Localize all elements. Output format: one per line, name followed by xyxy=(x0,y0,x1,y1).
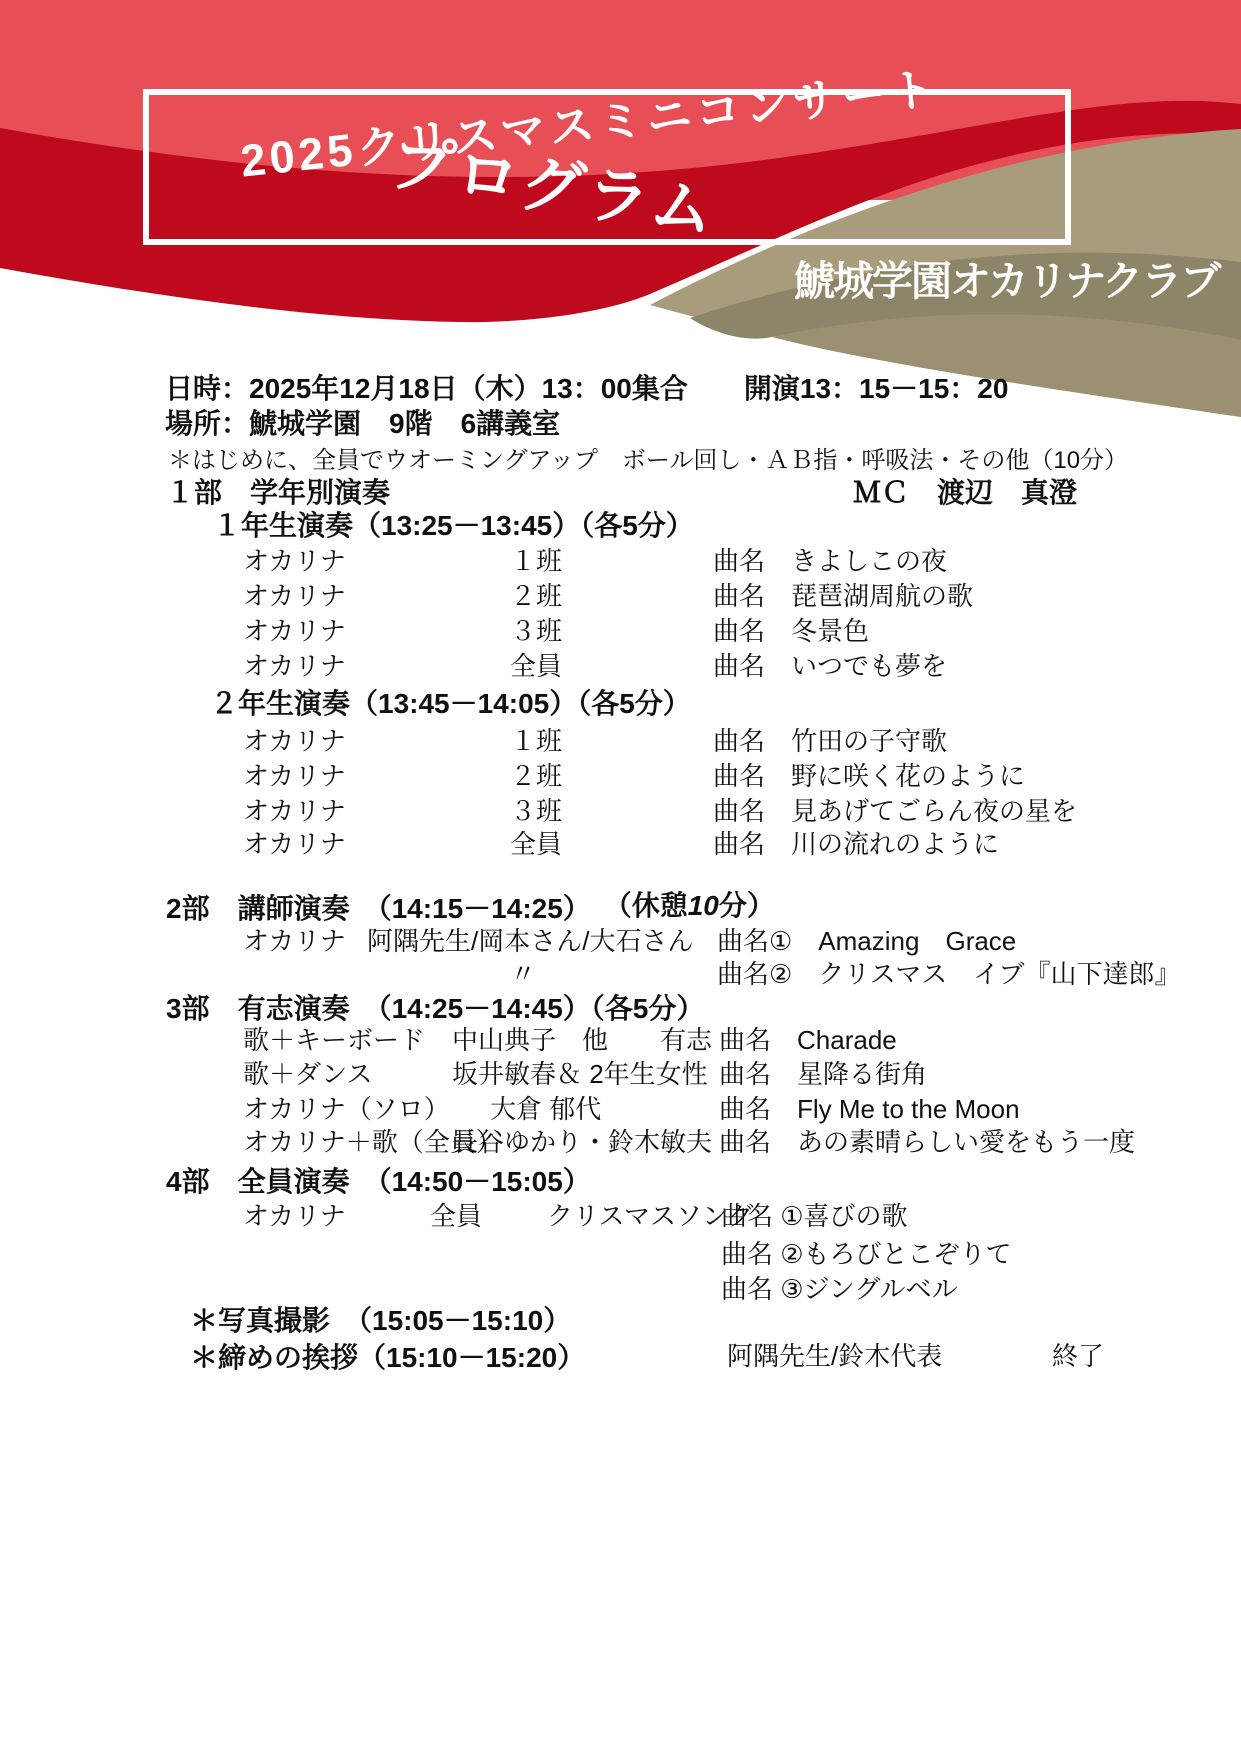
closing-greeting-by: 阿隅先生/鈴木代表 xyxy=(727,1342,942,1372)
instrument-cell: オカリナ xyxy=(243,652,346,682)
instrument-cell: オカリナ xyxy=(243,727,346,757)
grade1-heading: １年生演奏（13:25－13:45）（各5分） xyxy=(213,510,694,542)
closing-greeting-line: ＊締めの挨拶（15:10－15:20） 阿隅先生/鈴木代表 終了 xyxy=(190,1342,1190,1503)
instrument-cell: オカリナ xyxy=(243,547,346,577)
break-pre: （休憩 xyxy=(604,890,688,921)
performers-cell: 中山典子 他 有志 xyxy=(452,1026,712,1056)
instrument-cell: オカリナ xyxy=(243,797,346,827)
performers-cell: 大倉 郁代 xyxy=(490,1095,601,1125)
group-cell: ３班 xyxy=(510,797,562,827)
group-cell: 全員 xyxy=(510,652,562,682)
datetime-line: 日時：2025年12月18日（木）13：00集合 開演13：15－15：20 xyxy=(165,373,1008,405)
performers-cell: 阿隅先生/岡本さん/大石さん xyxy=(367,927,693,957)
song-cell: 曲名 川の流れのように xyxy=(713,830,999,860)
act-type-cell: 歌＋キーボード xyxy=(243,1026,425,1056)
song-cell: 曲名 きよしこの夜 xyxy=(713,547,947,577)
instrument-cell: オカリナ xyxy=(243,762,346,792)
song-cell: 曲名 Fly Me to the Moon xyxy=(719,1095,1020,1125)
song-cell: 曲名 ③ジングルベル xyxy=(721,1275,958,1305)
act-type-cell: オカリナ（ソロ） xyxy=(243,1095,450,1125)
group-cell: 全員 xyxy=(510,830,562,860)
venue-line: 場所：鯱城学園 9階 6講義室 xyxy=(165,408,560,440)
mc-credit: ＭＣ 渡辺 真澄 xyxy=(853,477,1077,509)
instrument-cell: オカリナ xyxy=(243,617,346,647)
performers-cell: 坂井敏春＆ 2年生女性 xyxy=(452,1060,708,1090)
break-minutes: 10 xyxy=(688,890,719,921)
song-cell: 曲名 あの素晴らしい愛をもう一度 xyxy=(719,1128,1135,1158)
instrument-cell: オカリナ xyxy=(243,927,346,957)
break-post: 分） xyxy=(719,890,775,921)
song-cell: 曲名 星降る街角 xyxy=(719,1060,927,1090)
photo-session-line: ＊写真撮影 （15:05－15:10） xyxy=(190,1305,571,1337)
warmup-note: ＊はじめに、全員でウオーミングアップ ボール回し・ＡＢ指・呼吸法・その他（10分… xyxy=(168,447,1128,475)
song-cell: 曲名 竹田の子守歌 xyxy=(713,727,947,757)
song-cell: 曲名① Amazing Grace xyxy=(717,927,1016,957)
program-page: 2025クリスマスミニコンサート プログラム 鯱城学園オカリナクラブ 日時：20… xyxy=(0,0,1241,1754)
group-cell: ２班 xyxy=(510,582,562,612)
group-cell: ２班 xyxy=(510,762,562,792)
song-cell: 曲名 ①喜びの歌 xyxy=(721,1202,908,1232)
program-body: 日時：2025年12月18日（木）13：00集合 開演13：15－15：20 場… xyxy=(0,0,1241,1754)
closing-greeting: ＊締めの挨拶（15:10－15:20） xyxy=(190,1342,585,1374)
instrument-cell: オカリナ xyxy=(243,830,346,860)
song-cell: 曲名 琵琶湖周航の歌 xyxy=(713,582,973,612)
act-type-cell: 歌＋ダンス xyxy=(243,1060,372,1090)
end-label: 終了 xyxy=(1052,1342,1104,1372)
song-cell: 曲名 いつでも夢を xyxy=(713,652,947,682)
instrument-cell: オカリナ xyxy=(243,582,346,612)
group-cell: 全員 xyxy=(430,1202,482,1232)
song-cell: 曲名② クリスマス イブ『山下達郎』 xyxy=(717,960,1181,990)
group-cell: ３班 xyxy=(510,617,562,647)
song-cell: 曲名 見あげてごらん夜の星を xyxy=(713,797,1077,827)
instrument-cell: オカリナ xyxy=(243,1202,346,1232)
part1-heading: １部 学年別演奏 xyxy=(166,477,390,509)
song-cell: 曲名 冬景色 xyxy=(713,617,869,647)
song-cell: 曲名 ②もろびとこぞりて xyxy=(721,1240,1012,1270)
group-cell: １班 xyxy=(510,547,562,577)
song-cell: 曲名 野に咲く花のように xyxy=(713,762,1025,792)
part2-heading: 2部 講師演奏 （14:15－14:25） xyxy=(166,893,591,925)
part3-heading: 3部 有志演奏 （14:25－14:45）（各5分） xyxy=(166,993,704,1025)
part4-heading: 4部 全員演奏 （14:50－15:05） xyxy=(166,1166,591,1198)
ditto-mark: 〃 xyxy=(510,960,536,990)
grade2-heading: ２年生演奏（13:45－14:05）（各5分） xyxy=(210,688,691,720)
performers-cell: 長谷ゆかり・鈴木敏夫 xyxy=(452,1128,712,1158)
group-cell: １班 xyxy=(510,727,562,757)
song-cell: 曲名 Charade xyxy=(719,1026,897,1056)
